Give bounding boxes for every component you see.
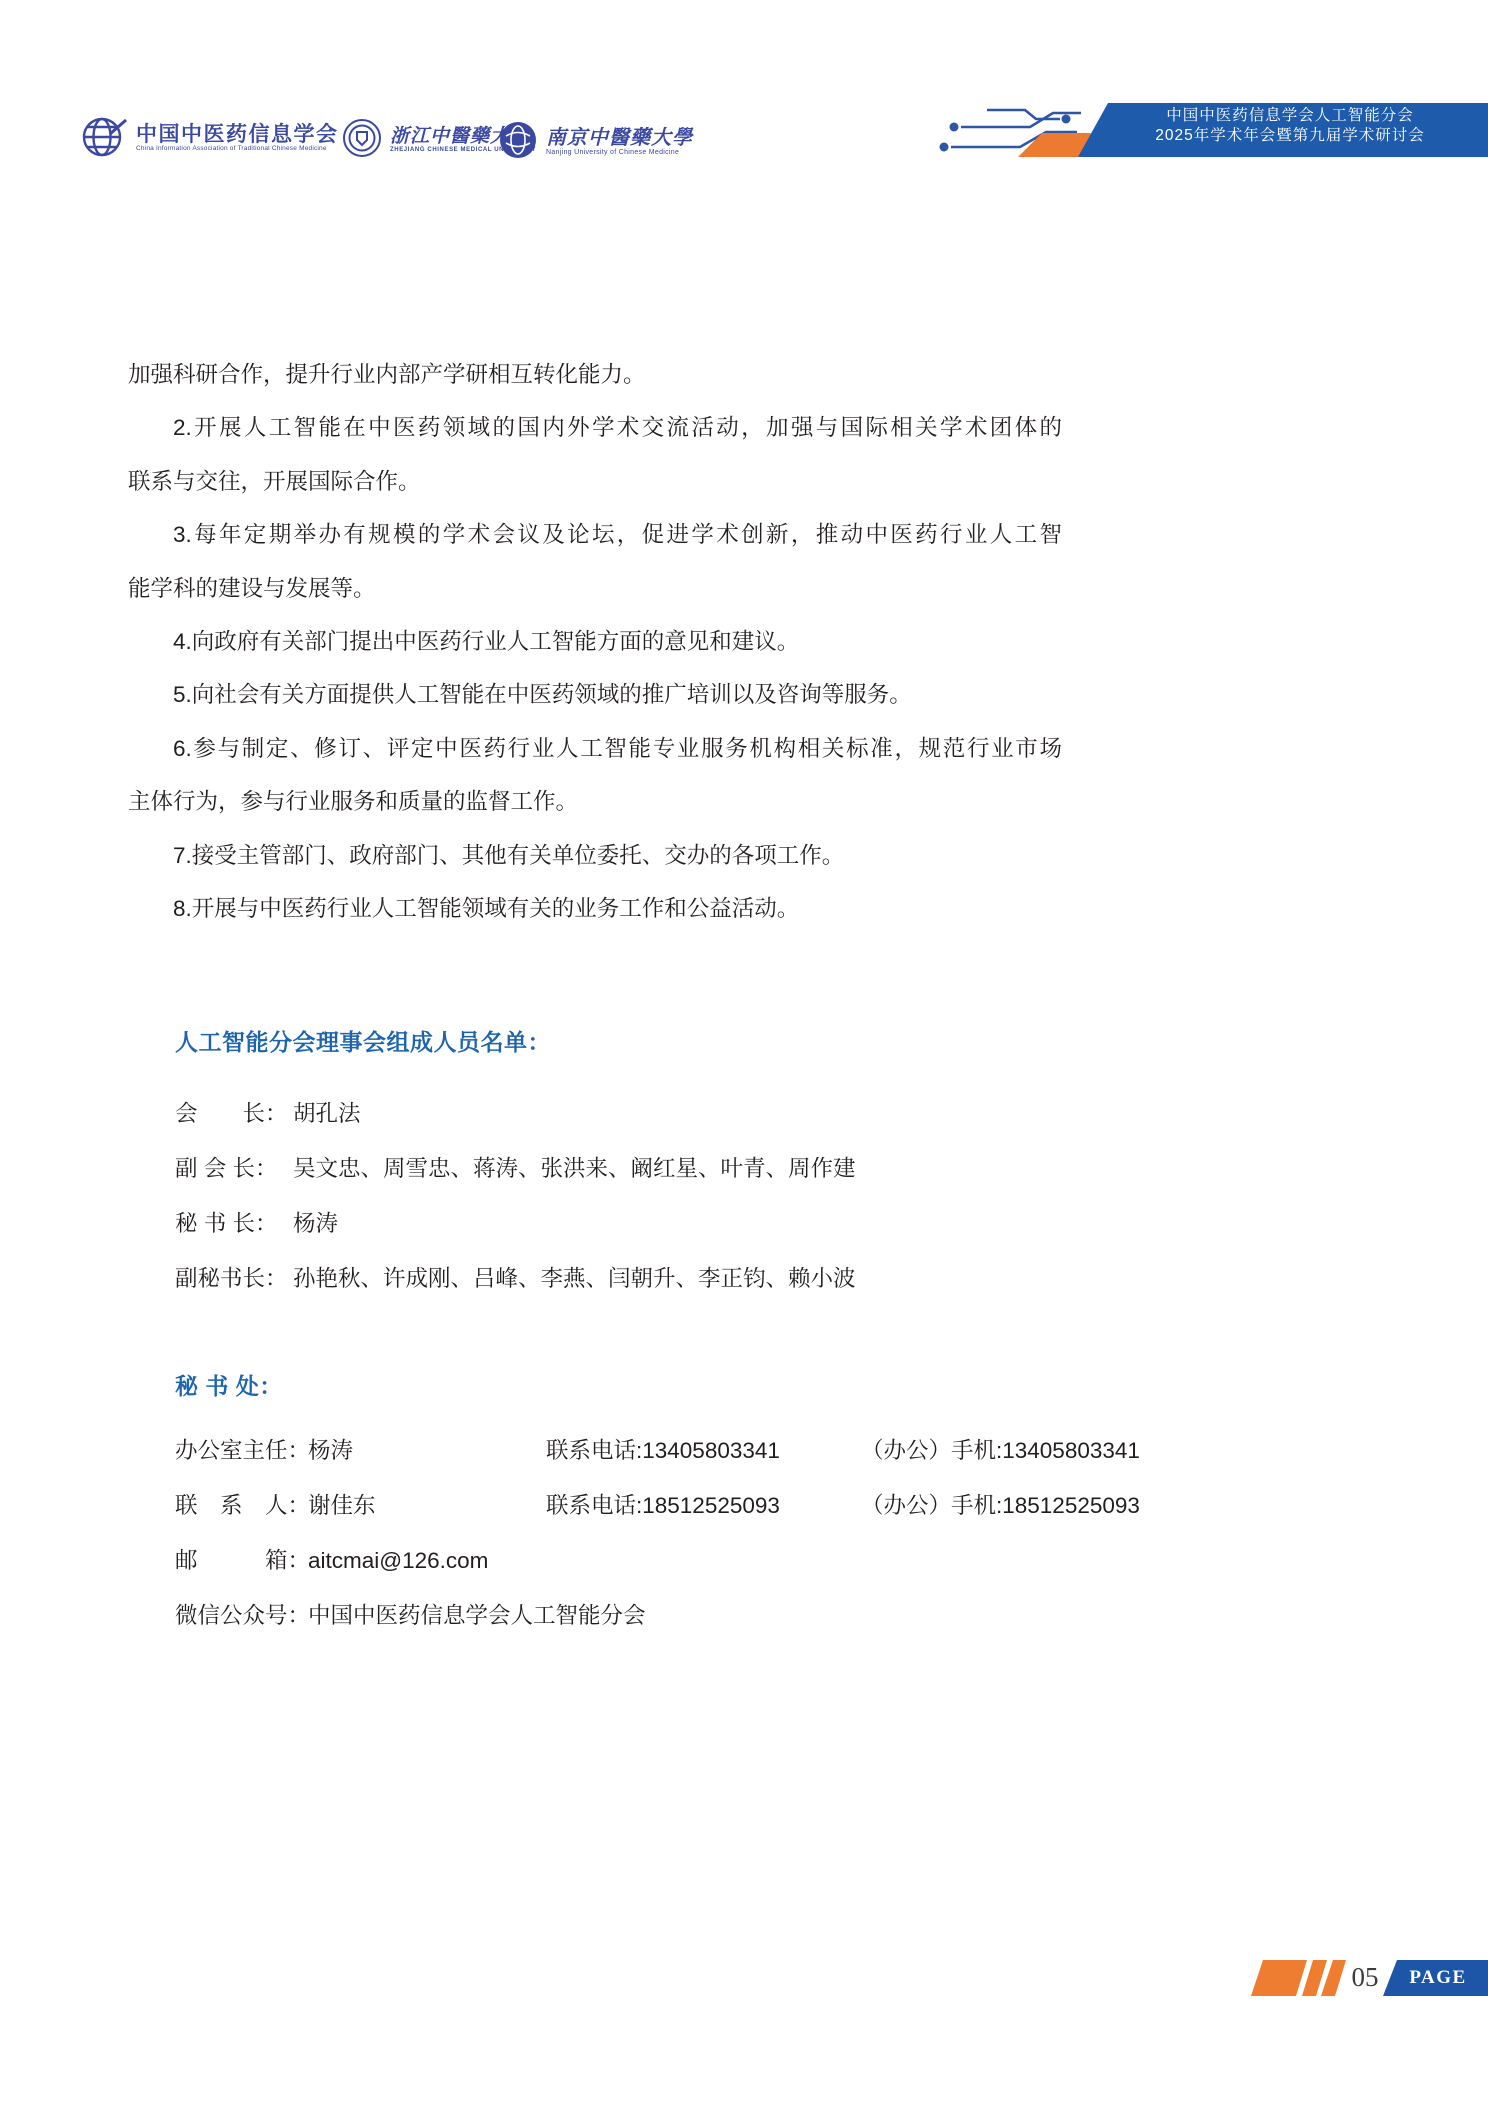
- body-line: 2.开展人工智能在中医药领域的国内外学术交流活动，加强与国际相关学术团体的: [128, 401, 1062, 454]
- council-role-label: 会 长：: [175, 1086, 293, 1141]
- council-list: 会 长： 胡孔法 副 会 长： 吴文忠、周雪忠、蒋涛、张洪来、阚红星、叶青、周作…: [175, 1086, 1075, 1306]
- council-members: 杨涛: [293, 1196, 338, 1251]
- logo-njucm-title: 南京中醫藥大學: [546, 128, 693, 149]
- banner-title-line1: 中国中医药信息学会人工智能分会: [1125, 106, 1455, 126]
- council-row: 副 会 长： 吴文忠、周雪忠、蒋涛、张洪来、阚红星、叶青、周作建: [175, 1141, 1075, 1196]
- body-line: 6.参与制定、修订、评定中医药行业人工智能专业服务机构相关标准，规范行业市场: [128, 722, 1062, 775]
- contact-row: 微信公众号： 中国中医药信息学会人工智能分会: [175, 1588, 1275, 1643]
- body-line: 4.向政府有关部门提出中医药行业人工智能方面的意见和建议。: [128, 615, 1062, 668]
- body-line: 3.每年定期举办有规模的学术会议及论坛，促进学术创新，推动中医药行业人工智: [128, 508, 1062, 561]
- contact-row: 联 系 人： 谢佳东 联系电话:18512525093 （办公）手机:18512…: [175, 1478, 1275, 1533]
- council-row: 副秘书长： 孙艳秋、许成刚、吕峰、李燕、闫朝升、李正钧、赖小波: [175, 1251, 1075, 1306]
- globe-network-icon: [80, 112, 128, 165]
- university-globe-icon: [498, 120, 538, 165]
- contact-office-phone: （办公）手机:18512525093: [861, 1478, 1140, 1533]
- body-line: 联系与交往，开展国际合作。: [128, 455, 1062, 508]
- body-line: 能学科的建设与发展等。: [128, 562, 1062, 615]
- university-seal-icon: [342, 118, 382, 163]
- contact-name: 谢佳东: [308, 1478, 546, 1533]
- secretariat-heading: 秘 书 处：: [175, 1368, 283, 1401]
- document-page: 中国中医药信息学会 China Information Association …: [0, 0, 1488, 2104]
- body-line: 加强科研合作，提升行业内部产学研相互转化能力。: [128, 348, 1062, 401]
- page-label-badge: PAGE: [1392, 1960, 1484, 1996]
- footer-orange-stripes-icon: [1251, 1960, 1346, 1996]
- contact-email: aitcmai@126.com: [308, 1533, 546, 1588]
- contact-role-label: 微信公众号：: [175, 1588, 308, 1643]
- contact-row: 办公室主任： 杨涛 联系电话:13405803341 （办公）手机:134058…: [175, 1423, 1275, 1478]
- banner-title: 中国中医药信息学会人工智能分会 2025年学术年会暨第九届学术研讨会: [1125, 106, 1455, 145]
- contact-name: 杨涛: [308, 1423, 546, 1478]
- body-line: 7.接受主管部门、政府部门、其他有关单位委托、交办的各项工作。: [128, 829, 1062, 882]
- logo-njucm: 南京中醫藥大學 Nanjing University of Chinese Me…: [498, 120, 693, 165]
- council-heading: 人工智能分会理事会组成人员名单：: [175, 1024, 551, 1057]
- contact-wechat-account: 中国中医药信息学会人工智能分会: [308, 1588, 546, 1643]
- banner-title-line2: 2025年学术年会暨第九届学术研讨会: [1125, 126, 1455, 146]
- council-row: 秘 书 长： 杨涛: [175, 1196, 1075, 1251]
- contact-phone: 联系电话:18512525093: [546, 1478, 861, 1533]
- council-members: 吴文忠、周雪忠、蒋涛、张洪来、阚红星、叶青、周作建: [293, 1141, 856, 1196]
- body-line: 主体行为，参与行业服务和质量的监督工作。: [128, 775, 1062, 828]
- page-number: 05: [1342, 1958, 1388, 1996]
- body-line: 5.向社会有关方面提供人工智能在中医药领域的推广培训以及咨询等服务。: [128, 668, 1062, 721]
- council-row: 会 长： 胡孔法: [175, 1086, 1075, 1141]
- secretariat-list: 办公室主任： 杨涛 联系电话:13405803341 （办公）手机:134058…: [175, 1423, 1275, 1643]
- council-members: 孙艳秋、许成刚、吕峰、李燕、闫朝升、李正钧、赖小波: [293, 1251, 856, 1306]
- council-role-label: 秘 书 长：: [175, 1196, 293, 1251]
- contact-role-label: 办公室主任：: [175, 1423, 308, 1478]
- contact-office-phone: （办公）手机:13405803341: [861, 1423, 1140, 1478]
- council-role-label: 副 会 长：: [175, 1141, 293, 1196]
- logo-cnitcm-subtitle: China Information Association of Traditi…: [136, 146, 339, 153]
- contact-role-label: 联 系 人：: [175, 1478, 308, 1533]
- body-line: 8.开展与中医药行业人工智能领域有关的业务工作和公益活动。: [128, 882, 1062, 935]
- logo-cnitcm-title: 中国中医药信息学会: [136, 124, 339, 146]
- contact-row: 邮 箱： aitcmai@126.com: [175, 1533, 1275, 1588]
- logo-cnitcm: 中国中医药信息学会 China Information Association …: [80, 112, 339, 165]
- contact-role-label: 邮 箱：: [175, 1533, 308, 1588]
- contact-phone: 联系电话:13405803341: [546, 1423, 861, 1478]
- council-role-label: 副秘书长：: [175, 1251, 293, 1306]
- council-members: 胡孔法: [293, 1086, 361, 1141]
- body-text: 加强科研合作，提升行业内部产学研相互转化能力。 2.开展人工智能在中医药领域的国…: [128, 348, 1062, 935]
- logo-njucm-subtitle: Nanjing University of Chinese Medicine: [546, 149, 693, 156]
